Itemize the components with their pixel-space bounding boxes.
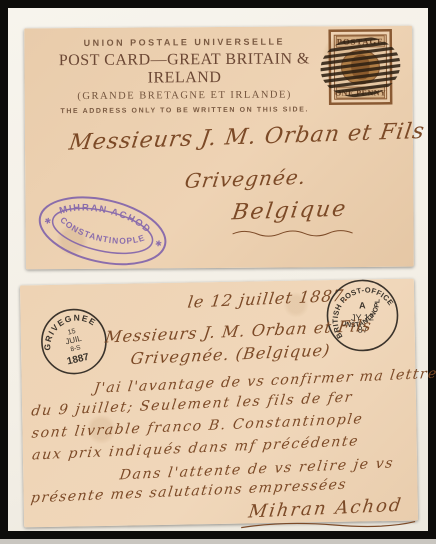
title-line: POST CARD—GREAT BRITAIN & IRELAND <box>26 50 342 88</box>
svg-text:GRIVEGNEE: GRIVEGNEE <box>32 301 100 354</box>
photo-of-postal-cards: UNION POSTALE UNIVERSELLE POST CARD—GREA… <box>0 0 436 544</box>
handstamp-star-left-icon: ✱ <box>43 216 52 226</box>
message-line-7: Dans l'attente de vs relire je vs <box>119 455 396 483</box>
scan-edge-strip <box>0 539 436 544</box>
upu-line: UNION POSTALE UNIVERSELLE <box>26 36 342 48</box>
message-line-3: J'ai l'avantage de vs confirmer ma lettr… <box>93 366 436 397</box>
merchant-oval-handstamp: MIHRAN ACHOD CONSTANTINOPLE ✱ ✱ <box>35 195 170 266</box>
one-penny-stamp: POSTAGE ONE PENNY <box>328 29 393 105</box>
address-line-2: Grivegnée. <box>183 165 308 193</box>
postcard-front: UNION POSTALE UNIVERSELLE POST CARD—GREA… <box>24 26 414 270</box>
address-line-3: Belgique <box>230 197 349 226</box>
notice-line: THE ADDRESS ONLY TO BE WRITTEN ON THIS S… <box>27 106 343 115</box>
postmark-town-arc: GRIVEGNEE <box>32 301 100 354</box>
address-underline-flourish <box>231 228 361 239</box>
postmark-arrival-year: 1887 <box>66 352 91 368</box>
address-line-1: Messieurs J. M. Orban et Fils <box>67 119 426 156</box>
grivegnee-postmark: GRIVEGNEE 15 JUIL 8-S 1887 <box>36 304 111 379</box>
message-line-2: Grivegnée. (Belgique) <box>130 340 332 368</box>
postmark-time-code: 8-S <box>70 344 82 353</box>
postmark-month: JUIL <box>65 334 84 347</box>
subtitle-line: (GRANDE BRETAGNE ET IRLANDE) <box>27 89 343 102</box>
postcard-reverse: le 12 juillet 1887. BRITISH POST-OFFICE … <box>20 279 418 528</box>
postmark-index-letter: A <box>359 300 366 310</box>
printed-header: UNION POSTALE UNIVERSELLE POST CARD—GREA… <box>26 36 343 115</box>
handstamp-star-right-icon: ✱ <box>154 239 163 249</box>
